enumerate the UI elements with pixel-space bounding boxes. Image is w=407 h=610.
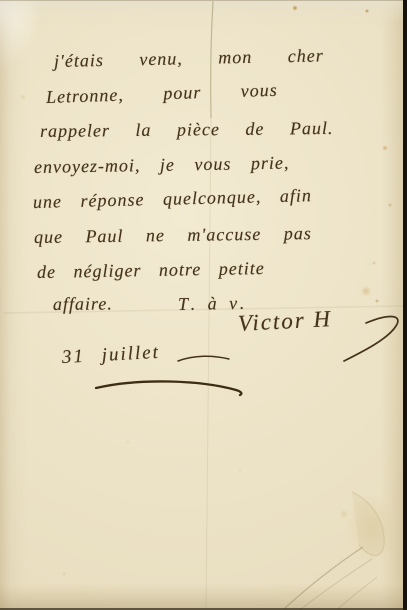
handwritten-line-6: que Paul ne m'accuse pas bbox=[34, 222, 312, 248]
handwritten-line-3: rappeler la pièce de Paul. bbox=[40, 117, 334, 142]
signature: Victor H bbox=[237, 308, 332, 335]
paper-top-edge bbox=[0, 0, 407, 1]
handwritten-line-8: affaire. bbox=[53, 292, 113, 315]
photo-dark-edge-right bbox=[403, 0, 407, 610]
handwritten-line-4: envoyez-moi, je vous prie, bbox=[34, 152, 290, 178]
letter-photo: j'étais venu, mon cher Letronne, pour vo… bbox=[0, 0, 407, 610]
handwritten-line-7: de négliger notre petite bbox=[37, 257, 265, 283]
